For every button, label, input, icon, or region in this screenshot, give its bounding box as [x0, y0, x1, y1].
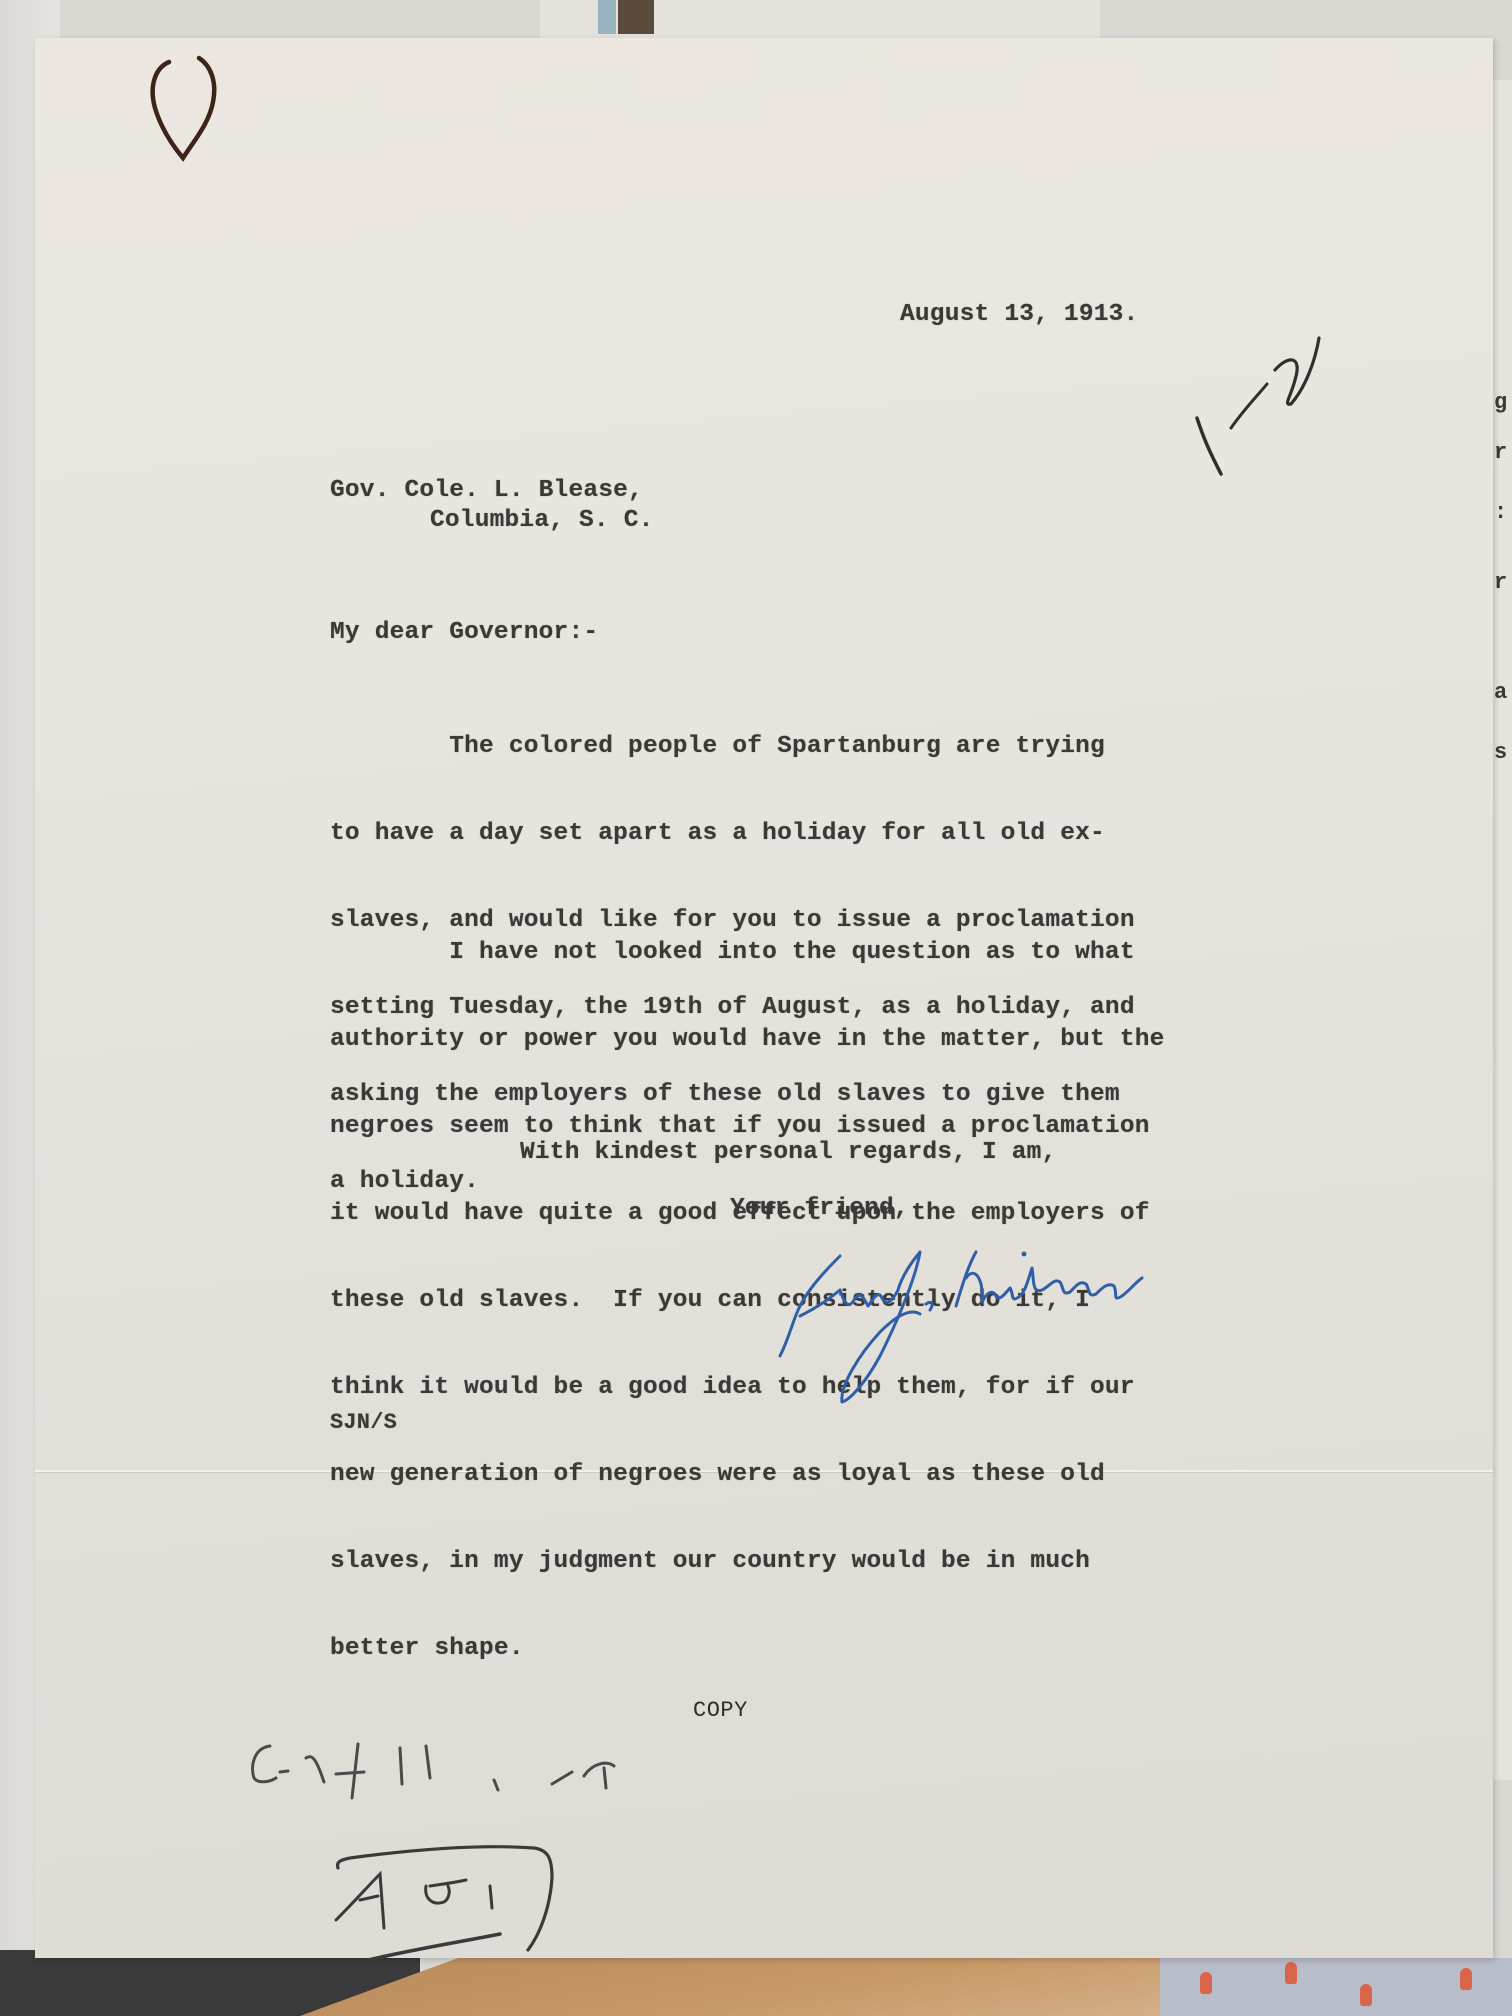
- paragraph-line: to have a day set apart as a holiday for…: [330, 819, 1135, 848]
- carrot-pattern-icon: [1460, 1968, 1472, 1990]
- copy-stamp: COPY: [693, 1698, 748, 1723]
- background-blue-strip: [598, 0, 616, 34]
- edge-fragment: :: [1494, 500, 1507, 525]
- pencil-annotation-fraction: [1155, 308, 1325, 488]
- edge-fragment: r: [1494, 440, 1507, 465]
- carrot-pattern-icon: [1360, 1984, 1372, 2006]
- recipient-location: Columbia, S. C.: [430, 506, 654, 535]
- carrot-pattern-icon: [1200, 1972, 1212, 1994]
- reference-initials: SJN/S: [330, 1408, 397, 1437]
- paragraph-line: authority or power you would have in the…: [330, 1025, 1165, 1054]
- letter-sheet: August 13, 1913. Gov. Cole. L. Blease, C…: [35, 38, 1493, 1958]
- paragraph-line: better shape.: [330, 1634, 1165, 1663]
- carrot-pattern-icon: [1285, 1962, 1297, 1984]
- handwritten-signature: Sam J. Nicholls: [770, 1206, 1190, 1406]
- heart-outline-icon: [127, 48, 237, 168]
- pencil-annotation-catalog-line: G-7 #11 ,-5: [240, 1738, 840, 1808]
- salutation: My dear Governor:-: [330, 618, 598, 647]
- paragraph-line: I have not looked into the question as t…: [330, 938, 1165, 967]
- edge-fragment: a: [1494, 680, 1507, 705]
- letter-date: August 13, 1913.: [900, 300, 1138, 329]
- background-paper-right: g r : r a s: [1490, 80, 1512, 1780]
- background-carrot-fabric: [1160, 1958, 1512, 2016]
- paragraph-line: negroes seem to think that if you issued…: [330, 1112, 1165, 1141]
- pencil-annotation-boxed-number: 151: [320, 1838, 580, 1968]
- background-brown-strip: [618, 0, 654, 34]
- paragraph-line: The colored people of Spartanburg are tr…: [330, 732, 1135, 761]
- edge-fragment: r: [1494, 570, 1507, 595]
- recipient-name: Gov. Cole. L. Blease,: [330, 476, 643, 505]
- edge-fragment: g: [1494, 390, 1507, 415]
- paragraph-line: slaves, in my judgment our country would…: [330, 1547, 1165, 1576]
- edge-fragment: s: [1494, 740, 1507, 765]
- paragraph-line: new generation of negroes were as loyal …: [330, 1460, 1165, 1489]
- closing-line: With kindest personal regards, I am,: [520, 1138, 1057, 1167]
